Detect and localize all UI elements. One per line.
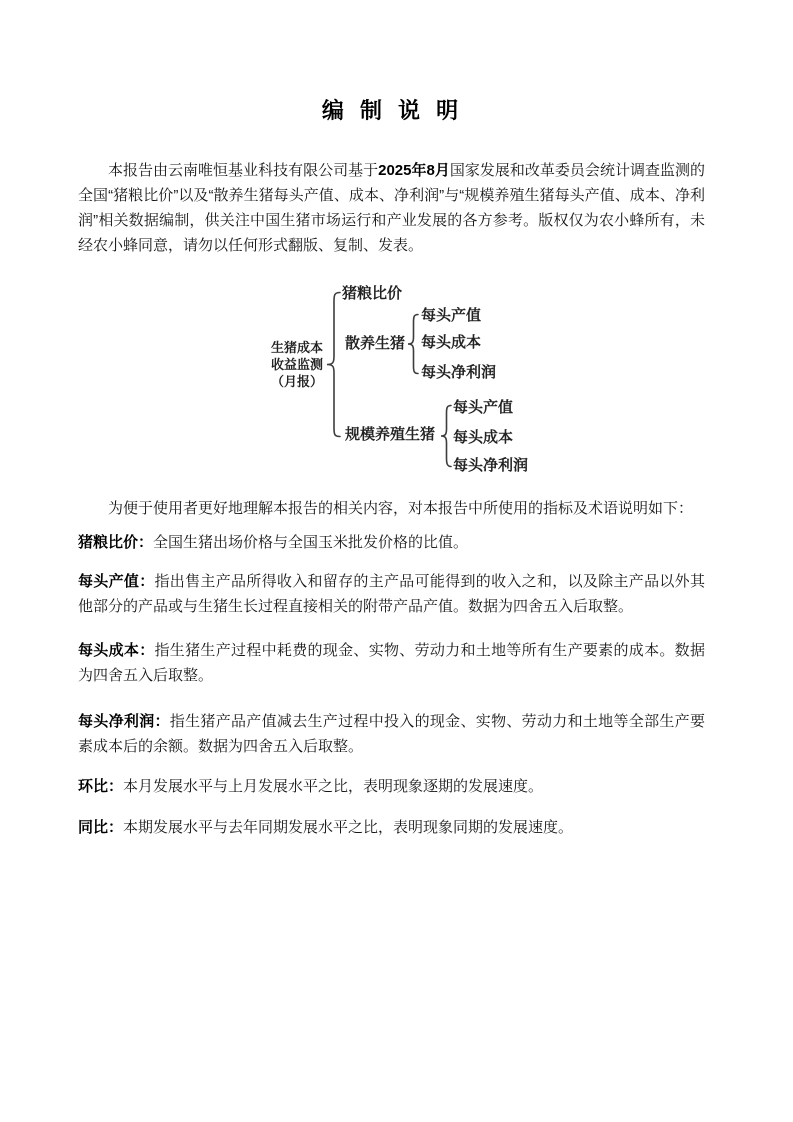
term-item-output-value: 每头产值：指出售主产品所得收入和留存的主产品可能得到的收入之和，以及除主产品以外… <box>78 569 705 619</box>
term-item-net-profit: 每头净利润：指生猪产品产值减去生产过程中投入的现金、实物、劳动力和土地等全部生产… <box>78 709 705 759</box>
term-definition: 指生猪产品产值减去生产过程中投入的现金、实物、劳动力和土地等全部生产要素成本后的… <box>78 713 705 755</box>
diagram-leaf-cost: 每头成本 <box>421 334 481 352</box>
term-item-cost: 每头成本：指生猪生产过程中耗费的现金、实物、劳动力和土地等所有生产要素的成本。数… <box>78 638 705 688</box>
term-label: 环比： <box>78 778 123 795</box>
diagram-branch-free-range-pigs: 散养生猪 <box>345 335 405 353</box>
term-item-mom: 环比：本月发展水平与上月发展水平之比，表明现象逐期的发展速度。 <box>78 774 705 799</box>
diagram-leaf-net-profit: 每头净利润 <box>453 457 528 475</box>
diagram-leaf-output-value: 每头产值 <box>421 307 481 325</box>
diagram-branch-pig-grain-ratio: 猪粮比价 <box>342 285 402 303</box>
term-definition: 本期发展水平与去年同期发展水平之比，表明现象同期的发展速度。 <box>123 819 573 836</box>
term-label: 同比： <box>78 819 123 836</box>
term-label: 每头产值： <box>78 573 155 590</box>
term-definition: 本月发展水平与上月发展水平之比，表明现象逐期的发展速度。 <box>123 778 543 795</box>
term-label: 每头净利润： <box>78 713 170 730</box>
term-item-yoy: 同比：本期发展水平与去年同期发展水平之比，表明现象同期的发展速度。 <box>78 815 705 840</box>
diagram-leaf-net-profit: 每头净利润 <box>421 364 496 382</box>
diagram-root-line3: （月报） <box>266 373 328 390</box>
diagram-branch-scale-farming-pigs: 规模养殖生猪 <box>345 426 435 444</box>
term-label: 猪粮比价： <box>78 534 153 551</box>
diagram-leaf-cost: 每头成本 <box>453 429 513 447</box>
root-brace-connector-icon <box>325 291 341 438</box>
page-title: 编 制 说 明 <box>78 97 705 125</box>
term-definition: 全国生猪出场价格与全国玉米批发价格的比值。 <box>153 534 468 551</box>
diagram-root-label: 生猪成本 收益监测 （月报） <box>266 339 328 390</box>
monitoring-structure-diagram: 生猪成本 收益监测 （月报） 猪粮比价 散养生猪 每头产值 每头成本 每头净利润… <box>78 283 705 479</box>
terms-intro-paragraph: 为便于使用者更好地理解本报告的相关内容，对本报告中所使用的指标及术语说明如下： <box>78 496 705 521</box>
term-definition: 指生猪生产过程中耗费的现金、实物、劳动力和土地等所有生产要素的成本。数据为四舍五… <box>78 642 705 684</box>
diagram-leaf-output-value: 每头产值 <box>453 399 513 417</box>
term-item-pig-grain-ratio: 猪粮比价：全国生猪出场价格与全国玉米批发价格的比值。 <box>78 530 705 555</box>
intro-paragraph: 本报告由云南唯恒基业科技有限公司基于2025年8月国家发展和改革委员会统计调查监… <box>78 158 705 258</box>
diagram-root-line1: 生猪成本 <box>266 339 328 356</box>
diagram-root-line2: 收益监测 <box>266 356 328 373</box>
term-label: 每头成本： <box>78 642 155 659</box>
intro-date-bold: 2025年8月 <box>378 162 450 179</box>
terms-definition-list: 猪粮比价：全国生猪出场价格与全国玉米批发价格的比值。 每头产值：指出售主产品所得… <box>78 530 705 840</box>
intro-text-pre: 本报告由云南唯恒基业科技有限公司基于 <box>108 162 378 179</box>
report-page: 编 制 说 明 本报告由云南唯恒基业科技有限公司基于2025年8月国家发展和改革… <box>0 0 793 1122</box>
term-definition: 指出售主产品所得收入和留存的主产品可能得到的收入之和，以及除主产品以外其他部分的… <box>78 573 705 615</box>
scale-farming-brace-connector-icon <box>440 404 452 468</box>
free-range-brace-connector-icon <box>407 313 419 375</box>
